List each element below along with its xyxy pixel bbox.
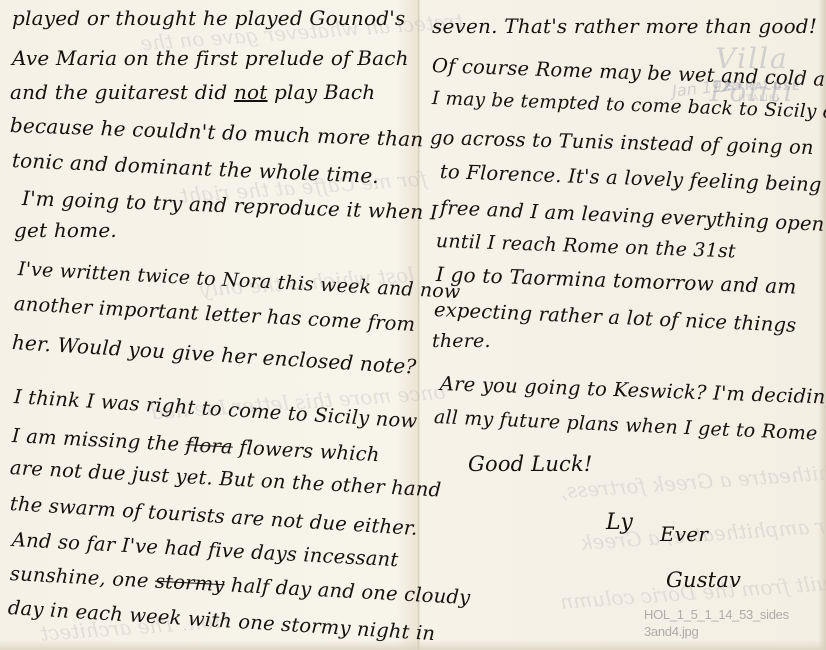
line-part: and the guitarest did bbox=[10, 80, 234, 104]
letter-line: there. bbox=[432, 330, 491, 352]
page-fold bbox=[417, 0, 420, 650]
underlined-word: not bbox=[234, 80, 268, 104]
line-part: I am missing the bbox=[11, 424, 186, 456]
line-part: sunshine, one bbox=[9, 562, 155, 593]
letter-line: her. Would you give her enclosed note? bbox=[11, 330, 417, 379]
letter-line: another important letter has come from bbox=[13, 292, 416, 336]
bleed-through-text: a Roman amphitheatre a Greek fortress, bbox=[560, 451, 826, 504]
letter-line: to Florence. It's a lovely feeling being bbox=[440, 160, 822, 196]
letter-line: Are you going to Keswick? I'm deciding bbox=[440, 372, 826, 409]
letter-line: because he couldn't do much more than bbox=[10, 113, 424, 151]
paper-edge bbox=[818, 0, 826, 650]
letter-line: Ave Maria on the first prelude of Bach bbox=[12, 46, 409, 70]
letter-line: get home. bbox=[14, 218, 117, 242]
letter-line: seven. That's rather more than good! bbox=[432, 14, 817, 38]
letter-line: go across to Tunis instead of going on bbox=[430, 126, 814, 159]
letter-line: free and I am leaving everything open bbox=[439, 196, 824, 236]
line-part: flowers which bbox=[232, 436, 380, 467]
letter-line: tonic and dominant the whole time. bbox=[11, 148, 379, 188]
valediction: Ever bbox=[660, 522, 708, 546]
letter-line: I think I was right to come to Sicily no… bbox=[13, 385, 418, 433]
closing-prefix: Ly bbox=[606, 510, 633, 535]
letter-line: played or thought he played Gounod's bbox=[12, 6, 405, 30]
letter-line: Good Luck! bbox=[468, 452, 593, 476]
struck-word: stormy bbox=[154, 570, 225, 597]
line-part: play Bach bbox=[268, 80, 376, 104]
watermark-line-2: 3and4.jpg bbox=[644, 623, 789, 640]
letter-line: until I reach Rome on the 31st bbox=[436, 230, 736, 262]
line-part: half day and one cloudy bbox=[224, 573, 471, 609]
struck-word: flora bbox=[185, 433, 233, 458]
letter-line: and the guitarest did not play Bach bbox=[10, 80, 375, 104]
letter-line: all my future plans when I get to Rome bbox=[434, 406, 818, 445]
filename-watermark: HOL_1_5_1_14_53_sides 3and4.jpg bbox=[644, 606, 789, 640]
letter-scan: tratecl ah whatever gave on the for me C… bbox=[0, 0, 826, 650]
letter-line: I go to Taormina tomorrow and am bbox=[436, 262, 797, 299]
watermark-line-1: HOL_1_5_1_14_53_sides bbox=[644, 606, 789, 623]
signature: Gustav bbox=[666, 568, 741, 592]
